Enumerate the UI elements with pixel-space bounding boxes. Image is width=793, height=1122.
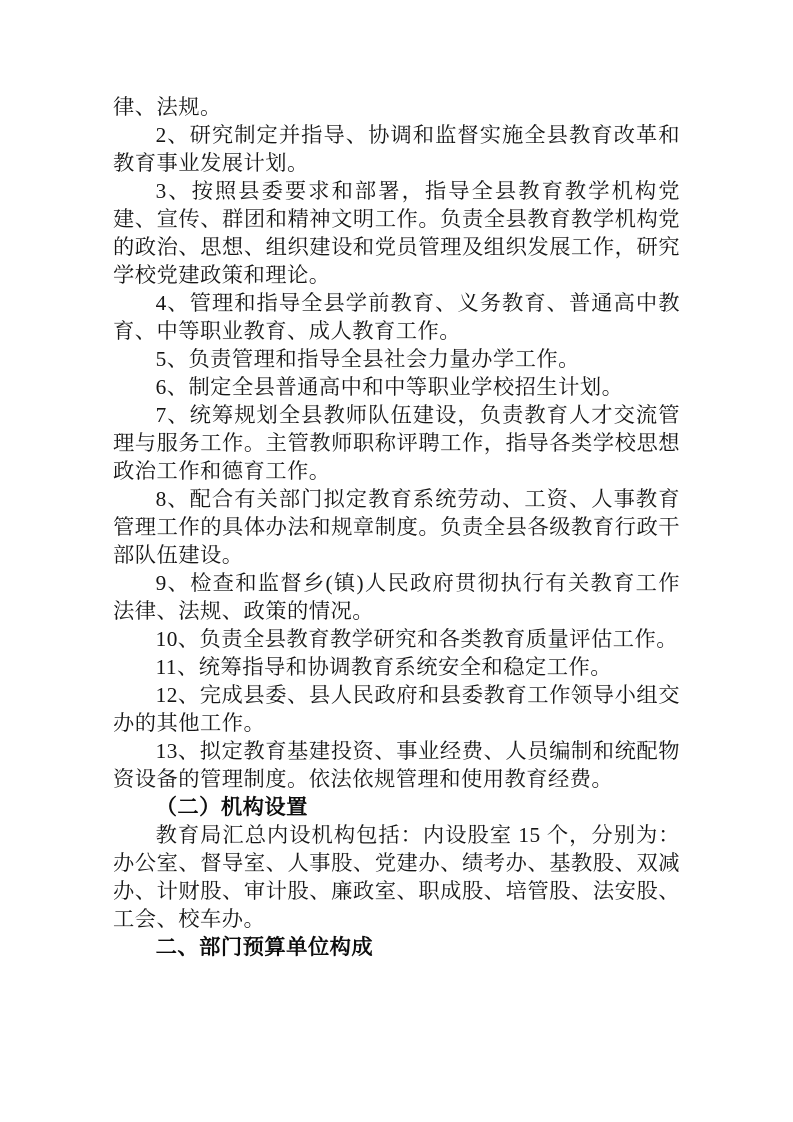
paragraph: 教育局汇总内设机构包括：内设股室 15 个，分别为：办公室、督导室、人事股、党建… [113,821,680,933]
paragraph: 12、完成县委、县人民政府和县委教育工作领导小组交办的其他工作。 [113,681,680,737]
paragraph: 11、统筹指导和协调教育系统安全和稳定工作。 [113,653,680,681]
paragraph: 13、拟定教育基建投资、事业经费、人员编制和统配物资设备的管理制度。依法依规管理… [113,737,680,793]
paragraph: 3、按照县委要求和部署，指导全县教育教学机构党建、宣传、群团和精神文明工作。负责… [113,177,680,289]
paragraph: 7、统筹规划全县教师队伍建设，负责教育人才交流管理与服务工作。主管教师职称评聘工… [113,401,680,485]
document-body: 律、法规。2、研究制定并指导、协调和监督实施全县教育改革和教育事业发展计划。3、… [113,93,680,961]
paragraph: 2、研究制定并指导、协调和监督实施全县教育改革和教育事业发展计划。 [113,121,680,177]
paragraph: 8、配合有关部门拟定教育系统劳动、工资、人事教育管理工作的具体办法和规章制度。负… [113,485,680,569]
paragraph: 9、检查和监督乡(镇)人民政府贯彻执行有关教育工作法律、法规、政策的情况。 [113,569,680,625]
paragraph: 4、管理和指导全县学前教育、义务教育、普通高中教育、中等职业教育、成人教育工作。 [113,289,680,345]
section-heading: 二、部门预算单位构成 [113,933,680,961]
paragraph: 5、负责管理和指导全县社会力量办学工作。 [113,345,680,373]
paragraph: 6、制定全县普通高中和中等职业学校招生计划。 [113,373,680,401]
section-heading: （二）机构设置 [113,793,680,821]
paragraph: 律、法规。 [113,93,680,121]
document-page: 律、法规。2、研究制定并指导、协调和监督实施全县教育改革和教育事业发展计划。3、… [0,0,793,1122]
paragraph: 10、负责全县教育教学研究和各类教育质量评估工作。 [113,625,680,653]
